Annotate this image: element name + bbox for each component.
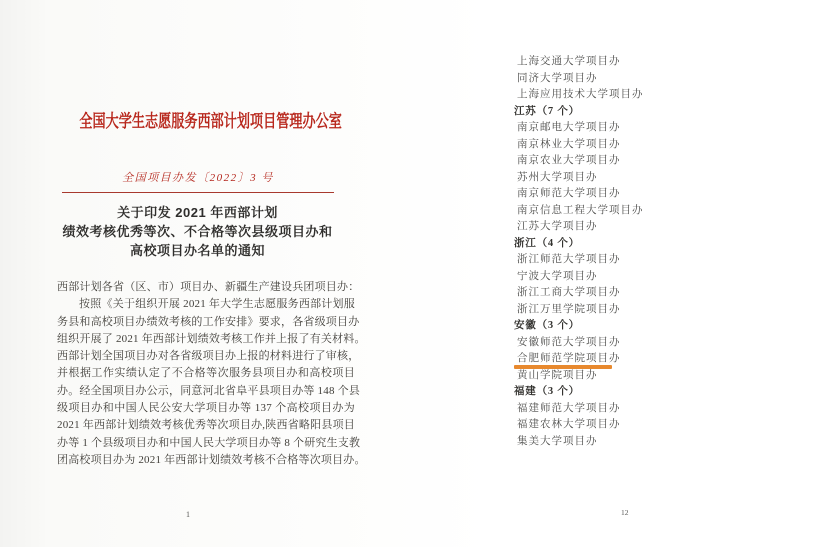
document-number: 全国项目办发〔2022〕3 号 bbox=[58, 169, 338, 185]
province-header: 浙江（4 个） bbox=[514, 236, 804, 253]
list-item: 安徽师范大学项目办 bbox=[514, 335, 804, 352]
body-line: 西部计划各省（区、市）项目办、新疆生产建设兵团项目办： bbox=[57, 279, 355, 296]
notice-title: 关于印发 2021 年西部计划 绩效考核优秀等次、不合格等次县级项目办和 高校项… bbox=[40, 203, 355, 260]
page-number-right: 12 bbox=[621, 508, 629, 517]
notice-title-line: 关于印发 2021 年西部计划 bbox=[40, 203, 355, 222]
body-line: 按照《关于组织开展 2021 年大学生志愿服务西部计划服 bbox=[57, 296, 355, 313]
list-item: 集美大学项目办 bbox=[514, 434, 804, 451]
official-letterhead: 全国大学生志愿服务西部计划项目管理办公室 bbox=[79, 112, 315, 132]
province-header: 江苏（7 个） bbox=[514, 104, 804, 121]
body-line: 组织开展了 2021 年西部计划绩效考核工作并上报了有关材料。 bbox=[57, 331, 355, 348]
list-item: 福建师范大学项目办 bbox=[514, 401, 804, 418]
list-item: 南京师范大学项目办 bbox=[514, 186, 804, 203]
body-line: 西部计划全国项目办对各省级项目办上报的材料进行了审核， bbox=[57, 348, 355, 365]
scanned-document: 全国大学生志愿服务西部计划项目管理办公室 全国项目办发〔2022〕3 号 关于印… bbox=[0, 0, 820, 547]
body-line: 级项目办和中国人民公安大学项目办等 137 个高校项目办为 bbox=[57, 400, 355, 417]
list-item: 宁波大学项目办 bbox=[514, 269, 804, 286]
body-line: 办。经全国项目办公示，同意河北省阜平县项目办等 148 个县 bbox=[57, 383, 355, 400]
list-item: 南京农业大学项目办 bbox=[514, 153, 804, 170]
body-line: 团高校项目办为 2021 年西部计划绩效考核不合格等次项目办。 bbox=[57, 452, 355, 469]
body-line: 务县和高校项目办绩效考核的工作安排》要求，各省级项目办 bbox=[57, 314, 355, 331]
notice-title-line: 高校项目办名单的通知 bbox=[40, 241, 355, 260]
list-item-highlighted: 合肥师范学院项目办 bbox=[514, 351, 804, 368]
list-item: 南京邮电大学项目办 bbox=[514, 120, 804, 137]
list-item: 上海应用技术大学项目办 bbox=[514, 87, 804, 104]
list-item: 浙江师范大学项目办 bbox=[514, 252, 804, 269]
list-item: 黄山学院项目办 bbox=[514, 368, 804, 385]
notice-body: 西部计划各省（区、市）项目办、新疆生产建设兵团项目办： 按照《关于组织开展 20… bbox=[57, 279, 355, 469]
province-header: 安徽（3 个） bbox=[514, 318, 804, 335]
list-item: 苏州大学项目办 bbox=[514, 170, 804, 187]
red-divider-line bbox=[62, 192, 334, 193]
university-project-office-list: 上海交通大学项目办 同济大学项目办 上海应用技术大学项目办 江苏（7 个） 南京… bbox=[514, 54, 804, 450]
list-item: 福建农林大学项目办 bbox=[514, 417, 804, 434]
list-item: 江苏大学项目办 bbox=[514, 219, 804, 236]
list-item: 浙江工商大学项目办 bbox=[514, 285, 804, 302]
list-item: 上海交通大学项目办 bbox=[514, 54, 804, 71]
list-item: 南京林业大学项目办 bbox=[514, 137, 804, 154]
notice-title-line: 绩效考核优秀等次、不合格等次县级项目办和 bbox=[40, 222, 355, 241]
body-line: 并根据工作实绩认定了不合格等次服务县项目办和高校项目 bbox=[57, 365, 355, 382]
list-item: 浙江万里学院项目办 bbox=[514, 302, 804, 319]
body-line: 2021 年西部计划绩效考核优秀等次项目办,陕西省略阳县项目 bbox=[57, 417, 355, 434]
list-item-label: 合肥师范学院项目办 bbox=[517, 353, 621, 364]
body-line: 办等 1 个县级项目办和中国人民大学项目办等 8 个研究生支教 bbox=[57, 435, 355, 452]
list-item: 南京信息工程大学项目办 bbox=[514, 203, 804, 220]
province-header: 福建（3 个） bbox=[514, 384, 804, 401]
page-number-left: 1 bbox=[186, 510, 190, 519]
list-item: 同济大学项目办 bbox=[514, 71, 804, 88]
